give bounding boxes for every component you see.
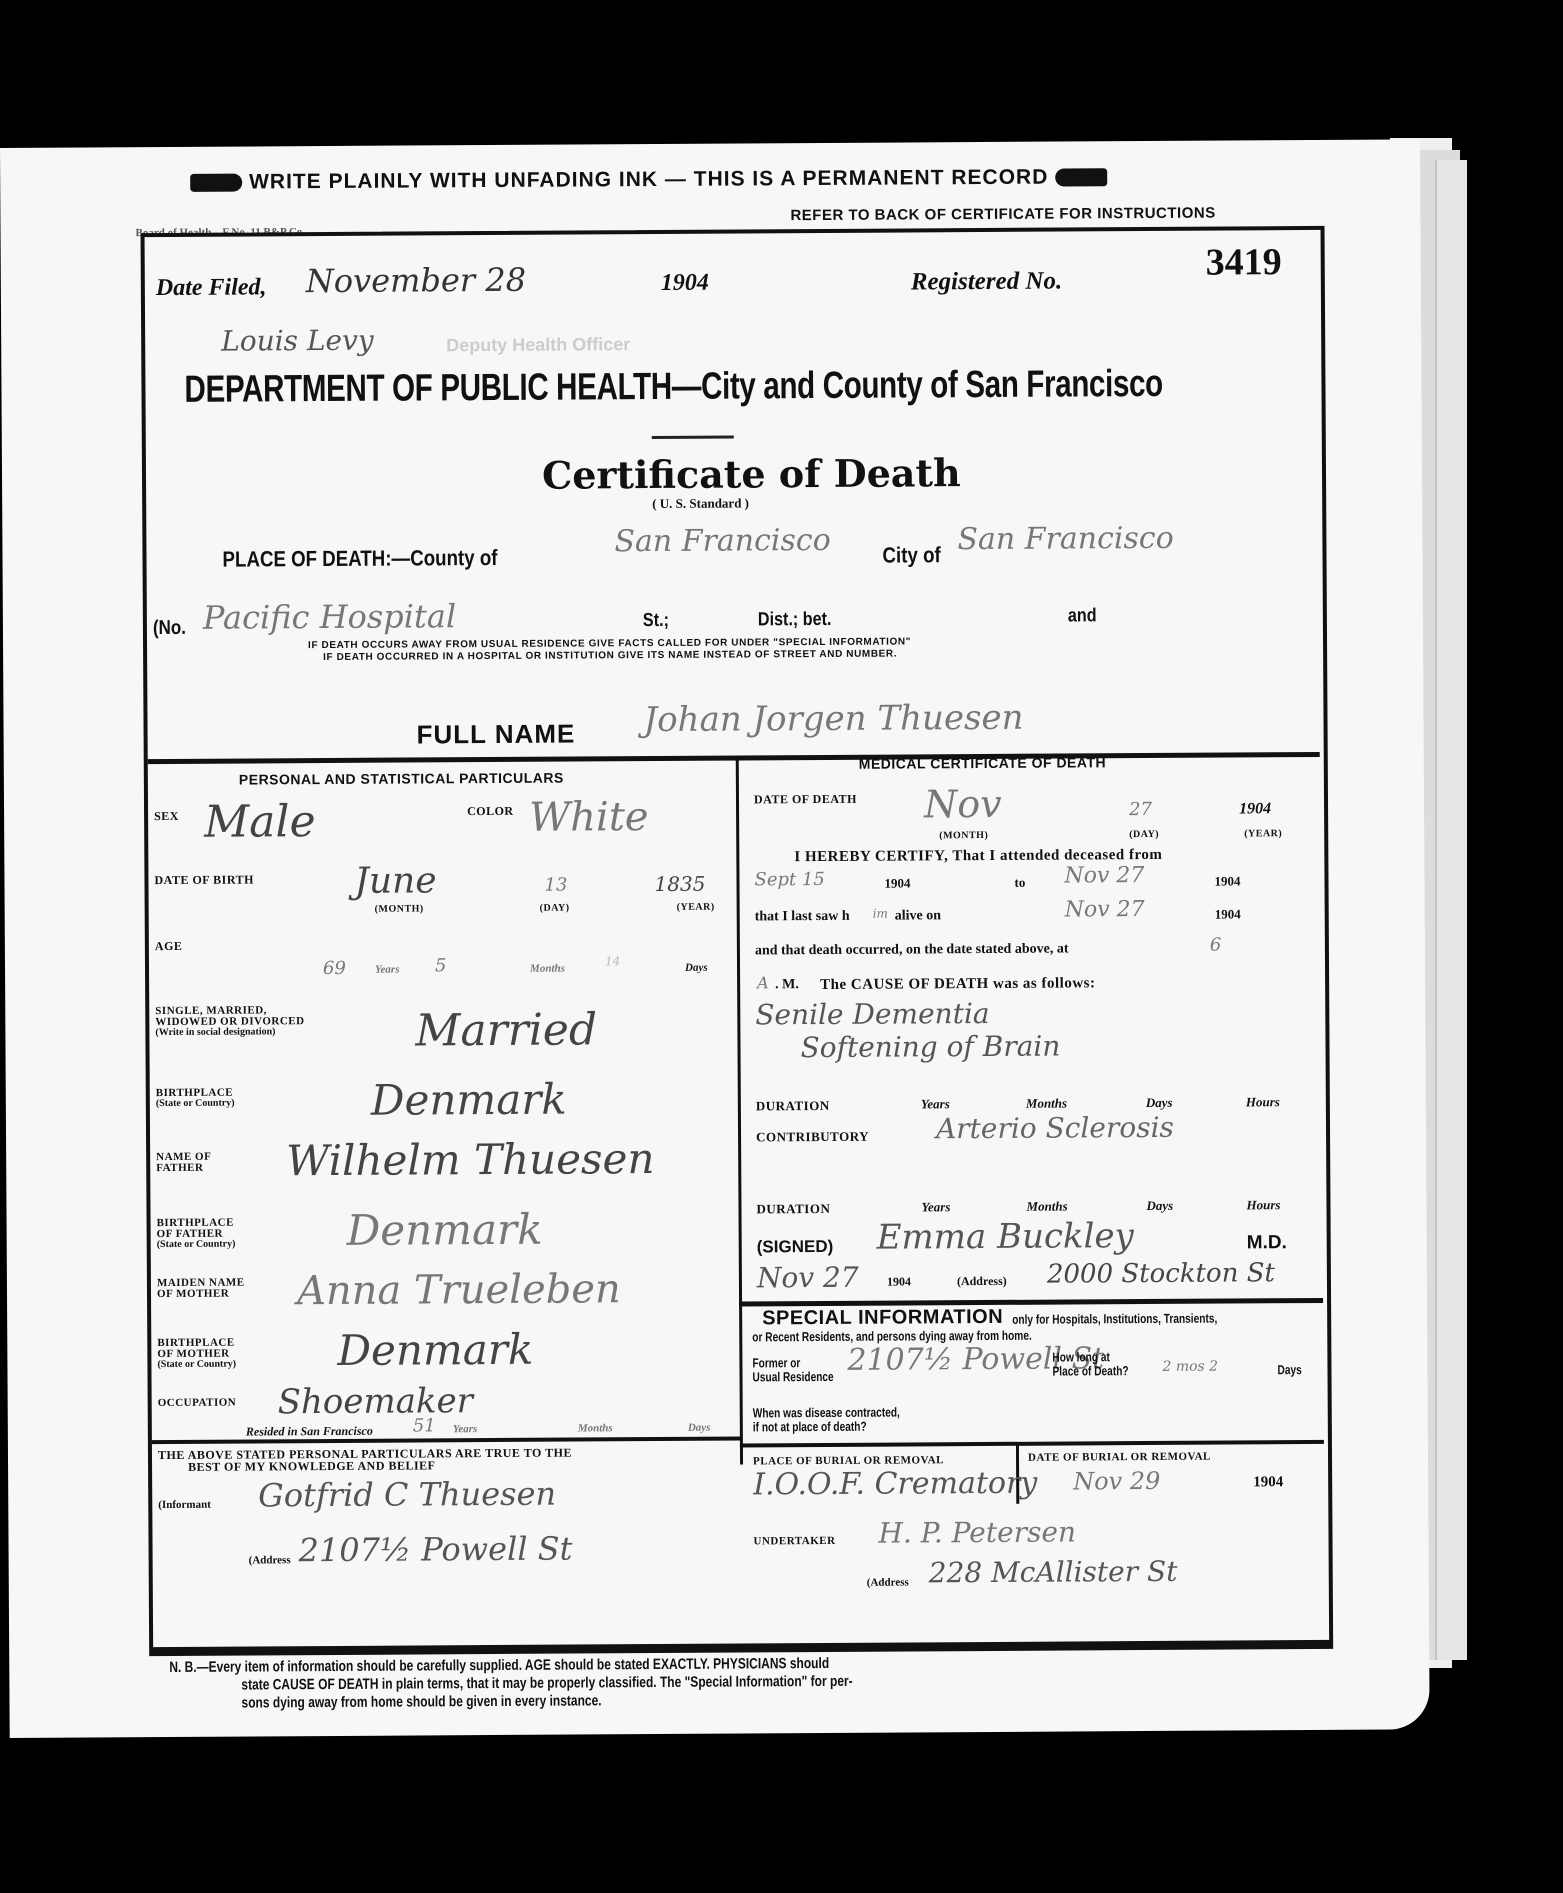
how-long-days-label: Days	[1277, 1362, 1301, 1377]
medical-heading: MEDICAL CERTIFICATE OF DEATH	[859, 754, 1106, 772]
last-saw-label: that I last saw h	[755, 909, 850, 926]
attended-to-year: 1904	[1214, 873, 1240, 889]
age-months-caption: Months	[530, 963, 565, 975]
resided-label: Resided in San Francisco	[246, 1424, 373, 1440]
birthplace-label-2: (State or Country)	[156, 1098, 235, 1109]
birthplace-value: Denmark	[371, 1075, 567, 1125]
dod-month-caption: (Month)	[939, 830, 988, 842]
duration-months: Months	[1026, 1095, 1067, 1111]
how-long-label-2: Place of Death?	[1052, 1363, 1128, 1378]
how-long-value: 2 mos 2	[1162, 1359, 1218, 1375]
burial-date-value: Nov 29	[1073, 1467, 1160, 1496]
father-birthplace-value: Denmark	[346, 1205, 542, 1255]
certificate-title: Certificate of Death	[542, 450, 961, 498]
dod-day-caption: (Day)	[1129, 829, 1159, 841]
m-label: . M.	[775, 977, 799, 993]
pointing-hand-icon	[1055, 169, 1107, 187]
undertaker-label: UNDERTAKER	[753, 1535, 835, 1548]
dob-label: DATE OF BIRTH	[154, 873, 254, 886]
special-heading-note-1: only for Hospitals, Institutions, Transi…	[1012, 1311, 1217, 1327]
occupation-value: Shoemaker	[278, 1381, 474, 1422]
full-name-value: Johan Jorgen Thuesen	[643, 698, 1023, 740]
cause-line-2: Softening of Brain	[800, 1030, 1060, 1065]
signed-date: Nov 27	[757, 1261, 859, 1295]
physician-signature: Emma Buckley	[877, 1216, 1134, 1258]
last-saw-pronoun: im	[873, 907, 888, 921]
how-long-label-1: How long at	[1052, 1349, 1110, 1364]
full-name-label: FULL NAME	[416, 718, 575, 750]
residence-label-1: Former or	[752, 1355, 800, 1370]
dob-year-caption: (Year)	[677, 902, 715, 914]
signed-year: 1904	[887, 1274, 911, 1289]
cause-label: The CAUSE OF DEATH was as follows:	[820, 975, 1095, 994]
duration-days: Days	[1146, 1095, 1173, 1111]
district-label: Dist.; bet.	[758, 609, 832, 631]
dob-month: June	[354, 860, 436, 902]
health-officer-title: Deputy Health Officer	[446, 334, 630, 356]
city-label: City of	[882, 542, 940, 568]
contracted-label-2: if not at place of death?	[753, 1419, 867, 1435]
physician-address-label: (Address)	[957, 1274, 1007, 1289]
sex-value: Male	[204, 796, 316, 848]
cause-line-1: Senile Dementia	[755, 997, 989, 1031]
death-certificate-page: WRITE PLAINLY WITH UNFADING INK — THIS I…	[0, 139, 1430, 1738]
marital-label-3: (Write in social designation)	[155, 1026, 275, 1038]
standard-note: ( U. S. Standard )	[652, 495, 749, 512]
health-officer-signature: Louis Levy	[221, 324, 374, 358]
dob-year: 1835	[654, 872, 705, 896]
resided-days-caption: Days	[688, 1422, 711, 1434]
place-of-death-label: PLACE OF DEATH:—County of	[222, 545, 497, 573]
title-divider	[652, 436, 734, 440]
dob-month-caption: (Month)	[375, 903, 424, 915]
death-ampm: A	[757, 973, 769, 992]
color-label: COLOR	[467, 805, 514, 817]
mother-label-2: OF MOTHER	[157, 1288, 229, 1300]
dob-day-caption: (Day)	[540, 903, 570, 915]
street-no-label: (No.	[153, 617, 186, 640]
date-of-death-month: Nov	[924, 782, 1002, 826]
occurred-text: and that death occurred, on the date sta…	[755, 941, 1069, 959]
dob-day: 13	[544, 875, 567, 896]
father-label-2: FATHER	[156, 1162, 203, 1174]
md-label: M.D.	[1247, 1232, 1287, 1254]
color-value: White	[529, 794, 649, 841]
duration-years: Years	[921, 1096, 950, 1112]
date-filed-value: November 28	[306, 261, 526, 300]
undertaker-value: H. P. Petersen	[878, 1515, 1076, 1549]
resided-years-caption: Years	[453, 1423, 478, 1435]
date-filed-label: Date Filed,	[156, 274, 267, 302]
age-years: 69	[323, 958, 346, 979]
contributory-label: CONTRIBUTORY	[756, 1131, 869, 1144]
undertaker-address-label: (Address	[867, 1576, 909, 1588]
informant-address-label: (Address	[249, 1554, 291, 1566]
pointing-hand-icon	[190, 174, 242, 192]
attended-from: Sept 15	[754, 869, 825, 890]
burial-date-label: DATE of BURIAL or REMOVAL	[1028, 1451, 1211, 1464]
last-saw-year: 1904	[1215, 906, 1241, 922]
age-days: 14	[605, 954, 620, 968]
registered-label: Registered No.	[911, 268, 1063, 297]
mother-birthplace-label-3: (State or Country)	[157, 1359, 236, 1370]
age-years-caption: Years	[375, 964, 400, 976]
instructions-note: REFER TO BACK OF CERTIFICATE FOR INSTRUC…	[790, 205, 1215, 225]
burial-place-value: I.O.O.F. Crematory	[753, 1466, 1037, 1503]
duration-label-2: DURATION	[756, 1203, 830, 1215]
duration-hours-2: Hours	[1246, 1197, 1280, 1213]
department-title: DEPARTMENT OF PUBLIC HEALTH—City and Cou…	[184, 363, 1163, 412]
special-heading: SPECIAL INFORMATION	[762, 1306, 1003, 1330]
marital-value: Married	[415, 1004, 597, 1056]
age-days-caption: Days	[685, 962, 708, 974]
filed-year: 1904	[661, 270, 709, 297]
death-hour: 6	[1210, 935, 1222, 956]
residence-label-2: Usual Residence	[752, 1369, 833, 1384]
street-label: St.;	[643, 610, 669, 632]
city-value: San Francisco	[957, 521, 1174, 557]
and-label: and	[1068, 605, 1097, 627]
page-stack-edge	[1435, 160, 1467, 1660]
date-of-death-year: 1904	[1239, 800, 1271, 818]
attest-line-2: BEST OF MY KNOWLEDGE AND BELIEF	[188, 1459, 436, 1473]
attended-to: Nov 27	[1064, 863, 1144, 888]
undertaker-address-value: 228 McAllister St	[929, 1555, 1178, 1590]
attended-from-year: 1904	[884, 875, 910, 891]
burial-year: 1904	[1253, 1474, 1283, 1491]
age-label: AGE	[155, 940, 183, 952]
street-no-value: Pacific Hospital	[203, 597, 456, 637]
last-saw-date: Nov 27	[1065, 897, 1145, 922]
alive-on-label: alive on	[895, 908, 941, 924]
date-of-death-day: 27	[1129, 799, 1152, 820]
mother-birthplace-value: Denmark	[337, 1325, 533, 1375]
sex-label: SEX	[154, 810, 179, 822]
county-value: San Francisco	[614, 523, 831, 559]
age-months: 5	[435, 955, 447, 976]
permanent-record-banner: WRITE PLAINLY WITH UNFADING INK — THIS I…	[190, 165, 1107, 195]
signed-label: (SIGNED)	[757, 1237, 834, 1257]
personal-heading: PERSONAL AND STATISTICAL PARTICULARS	[239, 770, 564, 788]
contributory-value: Arterio Sclerosis	[936, 1111, 1174, 1145]
footnote-prefix: N. B.—	[169, 1659, 208, 1676]
duration-label: DURATION	[756, 1100, 830, 1112]
dod-year-caption: (Year)	[1244, 828, 1282, 840]
mother-value: Anna Trueleben	[297, 1266, 621, 1314]
father-birthplace-label-3: (State or Country)	[157, 1239, 236, 1250]
registered-number: 3419	[1206, 240, 1282, 284]
physician-address: 2000 Stockton St	[1047, 1258, 1275, 1289]
duration-years-2: Years	[921, 1199, 950, 1215]
footnote-line-3: sons dying away from home should be give…	[241, 1692, 601, 1711]
occupation-label: OCCUPATION	[158, 1397, 237, 1409]
duration-months-2: Months	[1026, 1198, 1067, 1214]
date-of-death-label: DATE OF DEATH	[754, 793, 857, 806]
banner-text: WRITE PLAINLY WITH UNFADING INK — THIS I…	[249, 166, 1048, 194]
duration-days-2: Days	[1146, 1198, 1173, 1214]
to-label: to	[1014, 875, 1025, 891]
father-value: Wilhelm Thuesen	[286, 1134, 655, 1185]
resided-years: 51	[413, 1415, 436, 1436]
informant-label: (Informant	[158, 1499, 211, 1511]
resided-months-caption: Months	[578, 1422, 613, 1434]
informant-value: Gotfrid C Thuesen	[258, 1475, 556, 1515]
informant-address-value: 2107½ Powell St	[298, 1530, 572, 1570]
duration-hours: Hours	[1246, 1094, 1280, 1110]
footnote-line-2: state CAUSE OF DEATH in plain terms, tha…	[241, 1673, 852, 1694]
